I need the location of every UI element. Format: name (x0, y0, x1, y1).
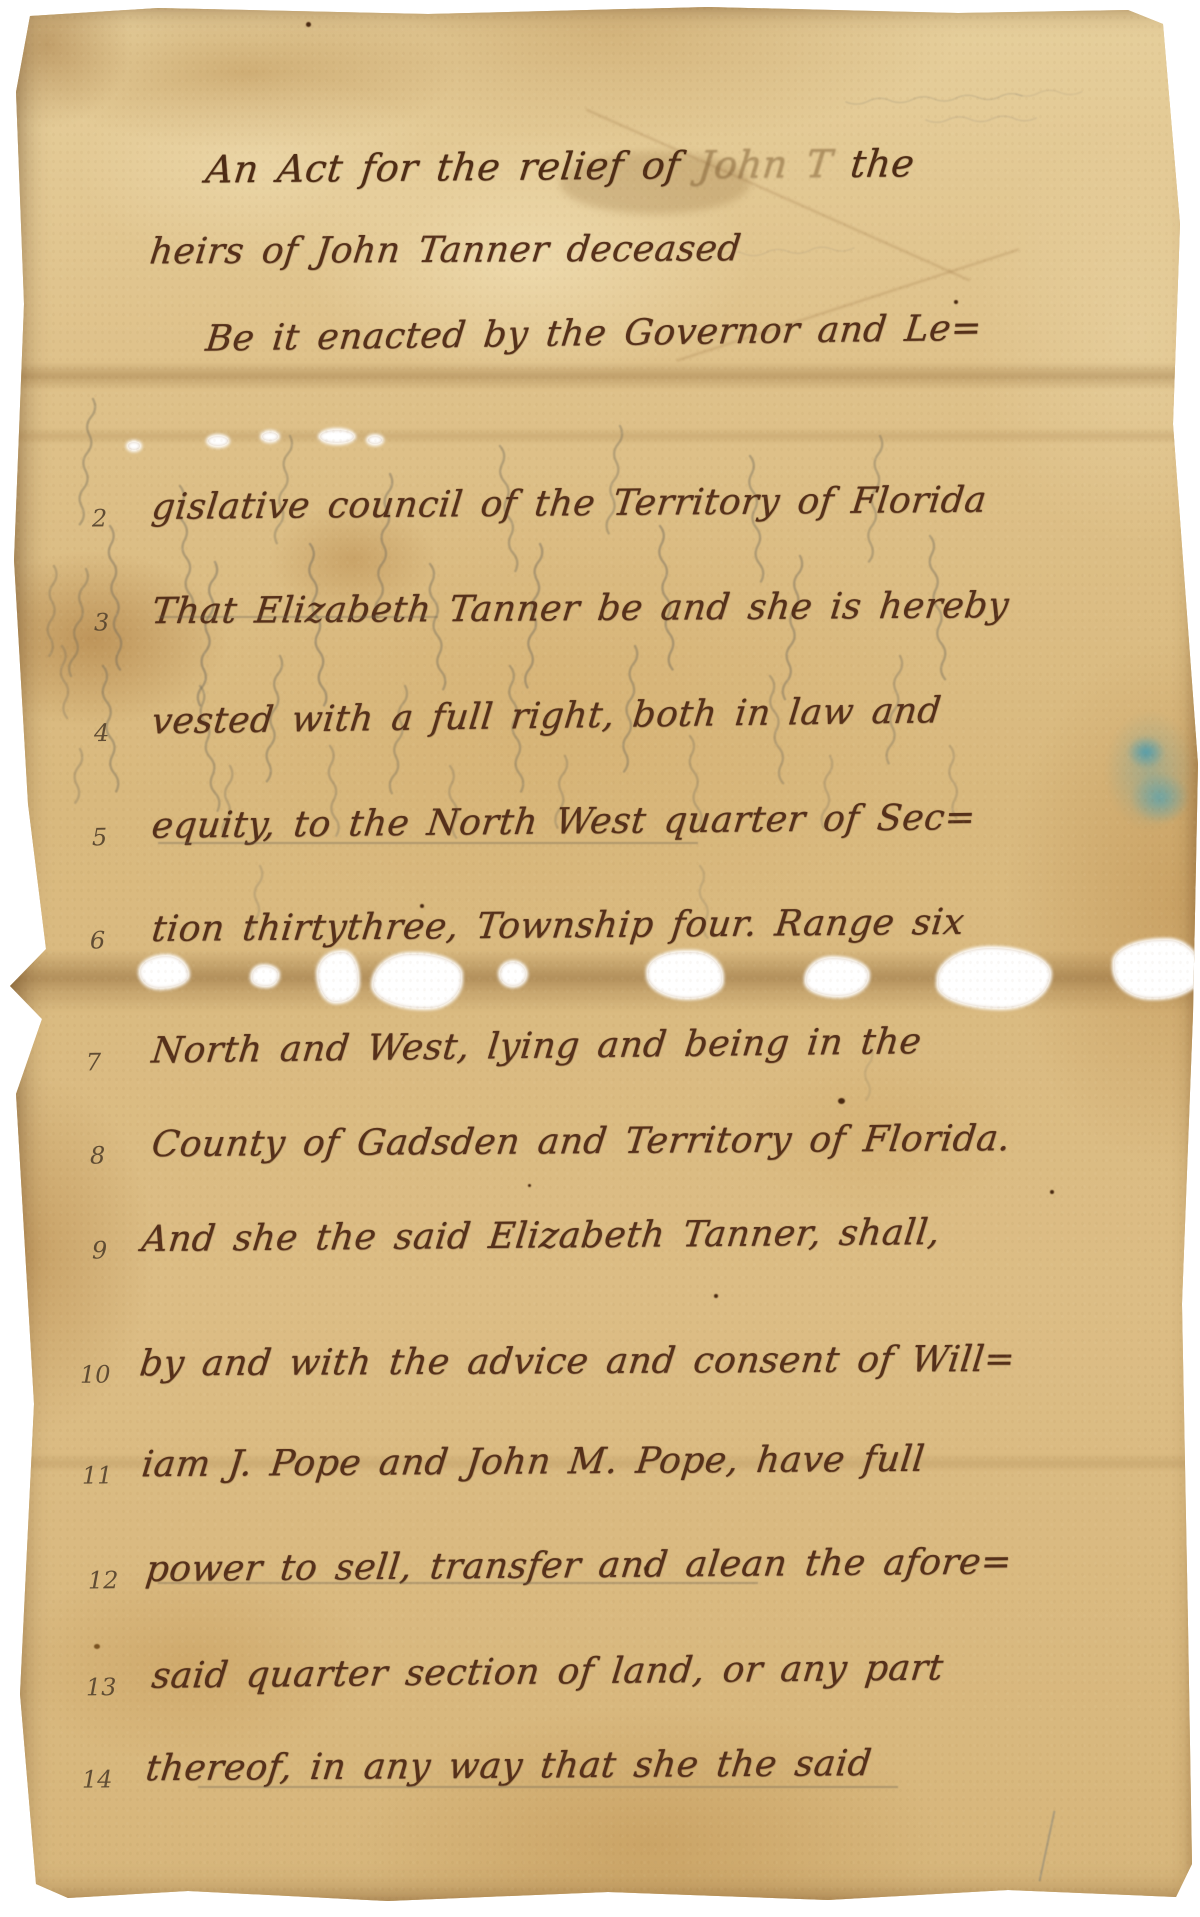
manuscript-line: 8 County of Gadsden and Territory of Flo… (8, 1118, 1200, 1200)
line-text: That Elizabeth Tanner be and she is here… (150, 586, 1011, 632)
manuscript-line: 2 gislative council of the Territory of … (8, 479, 1200, 563)
line-text: An Act for the relief of John T the (203, 143, 916, 191)
manuscript-line: 11 iam J. Pope and John M. Pope, have fu… (8, 1438, 1200, 1520)
line-number: 6 (90, 926, 106, 954)
line-text: tion thirtythree, Township four. Range s… (150, 903, 967, 950)
line-text: iam J. Pope and John M. Pope, have full (140, 1440, 927, 1485)
scanned-document: An Act for the relief of John T the heir… (0, 0, 1200, 1917)
line-number: 12 (88, 1566, 119, 1594)
line-number: 5 (92, 823, 108, 851)
line-text: County of Gadsden and Territory of Flori… (150, 1119, 1013, 1165)
manuscript-page: An Act for the relief of John T the heir… (8, 4, 1200, 1905)
manuscript-line: 4 vested with a full right, both in law … (8, 688, 1200, 779)
manuscript-line: 3 That Elizabeth Tanner be and she is he… (8, 585, 1200, 667)
manuscript-line: An Act for the relief of John T the (8, 141, 1200, 225)
line-text: said quarter section of land, or any par… (150, 1648, 946, 1696)
line-number: 10 (80, 1361, 111, 1389)
manuscript-text: An Act for the relief of John T the heir… (8, 4, 1200, 1905)
manuscript-line: 12 power to sell, transfer and alean the… (8, 1541, 1200, 1625)
manuscript-line: heirs of John Tanner deceased (8, 227, 1200, 307)
line-number: 14 (82, 1765, 113, 1793)
manuscript-line: Be it enacted by the Governor and Le= (8, 306, 1200, 397)
line-text: gislative council of the Territory of Fl… (150, 481, 989, 528)
line-number: 9 (92, 1236, 108, 1264)
manuscript-line: 10 by and with the advice and consent of… (8, 1339, 1200, 1419)
manuscript-line: 6 tion thirtythree, Township four. Range… (8, 901, 1200, 985)
line-text: equity, to the North West quarter of Sec… (150, 798, 978, 846)
line-number: 3 (94, 608, 109, 636)
line-text: thereof, in any way that she the said (144, 1744, 874, 1789)
title-suffix: the (830, 141, 917, 186)
line-number: 2 (92, 504, 108, 532)
line-number: 4 (94, 719, 110, 747)
manuscript-line: 14 thereof, in any way that she the said (8, 1742, 1200, 1824)
manuscript-line: 5 equity, to the North West quarter of S… (8, 796, 1200, 882)
line-text: heirs of John Tanner deceased (148, 229, 744, 272)
line-number: 8 (90, 1141, 105, 1169)
manuscript-line: 7 North and West, lying and being in the (8, 1019, 1200, 1108)
title-prefix: An Act for the relief of (203, 143, 701, 191)
title-struck-text: John T (696, 142, 834, 187)
line-number: 13 (86, 1673, 117, 1701)
line-number: 7 (86, 1048, 102, 1076)
line-number: 11 (82, 1461, 113, 1489)
line-text: Be it enacted by the Governor and Le= (204, 309, 984, 359)
line-text: And she the said Elizabeth Tanner, shall… (140, 1213, 943, 1260)
manuscript-line: 9 And she the said Elizabeth Tanner, sha… (8, 1211, 1200, 1295)
line-text: North and West, lying and being in the (150, 1022, 924, 1071)
manuscript-line: 13 said quarter section of land, or any … (8, 1646, 1200, 1732)
line-text: by and with the advice and consent of Wi… (138, 1340, 1018, 1384)
line-text: vested with a full right, both in law an… (150, 691, 944, 742)
line-text: power to sell, transfer and alean the af… (144, 1542, 1014, 1589)
